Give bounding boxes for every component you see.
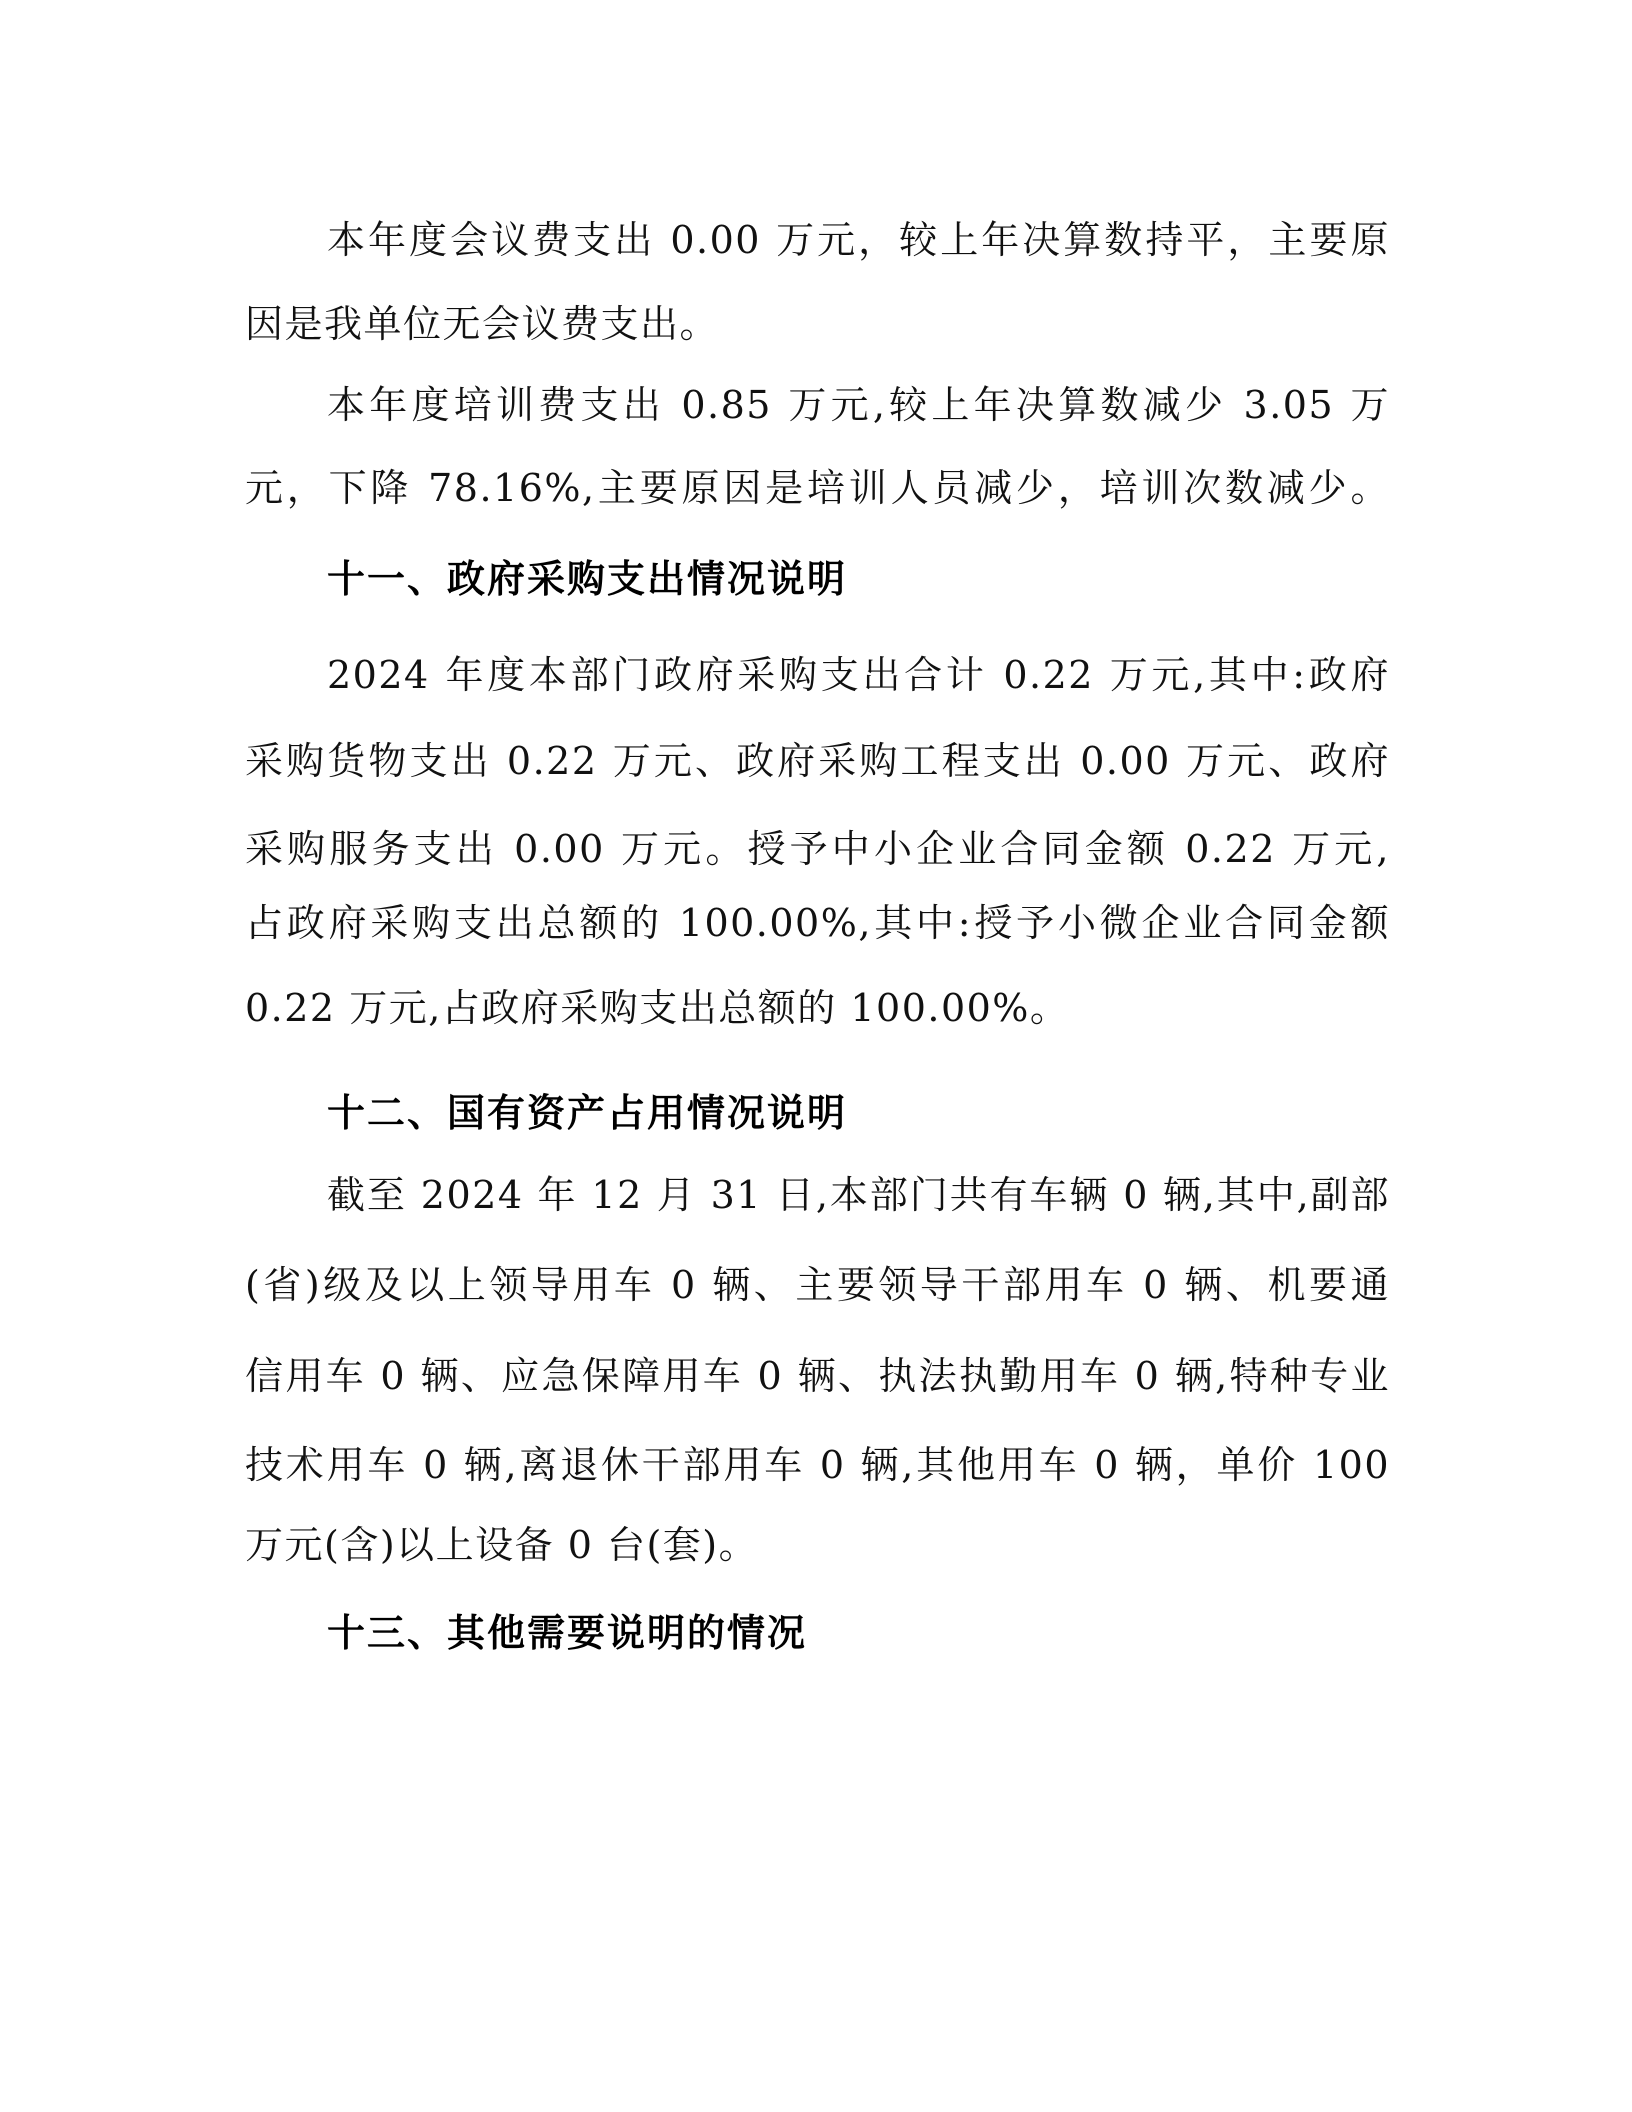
paragraph-vehicles-line-1: 截至 2024 年 12 月 31 日,本部门共有车辆 0 辆,其中,副部 <box>327 1170 1390 1220</box>
paragraph-procurement-line-4: 占政府采购支出总额的 100.00%,其中:授予小微企业合同金额 <box>245 898 1390 948</box>
section-heading-other-matters: 十三、其他需要说明的情况 <box>327 1608 1390 1658</box>
paragraph-training-fee-line-1: 本年度培训费支出 0.85 万元,较上年决算数减少 3.05 万 <box>327 380 1390 430</box>
paragraph-procurement-line-3: 采购服务支出 0.00 万元。授予中小企业合同金额 0.22 万元, <box>245 824 1390 874</box>
paragraph-vehicles-line-3: 信用车 0 辆、应急保障用车 0 辆、执法执勤用车 0 辆,特种专业 <box>245 1351 1390 1401</box>
paragraph-procurement-line-5: 0.22 万元,占政府采购支出总额的 100.00%。 <box>245 983 1390 1033</box>
paragraph-procurement-line-1: 2024 年度本部门政府采购支出合计 0.22 万元,其中:政府 <box>327 650 1390 700</box>
paragraph-vehicles-line-5: 万元(含)以上设备 0 台(套)。 <box>245 1520 1390 1570</box>
paragraph-vehicles-line-2: (省)级及以上领导用车 0 辆、主要领导干部用车 0 辆、机要通 <box>245 1260 1390 1310</box>
paragraph-procurement-line-2: 采购货物支出 0.22 万元、政府采购工程支出 0.00 万元、政府 <box>245 736 1390 786</box>
paragraph-meeting-fee-line-1: 本年度会议费支出 0.00 万元，较上年决算数持平，主要原 <box>327 215 1390 265</box>
paragraph-meeting-fee-line-2: 因是我单位无会议费支出。 <box>245 299 1390 349</box>
section-heading-state-assets: 十二、国有资产占用情况说明 <box>327 1088 1390 1138</box>
section-heading-government-procurement: 十一、政府采购支出情况说明 <box>327 554 1390 604</box>
document-page: 本年度会议费支出 0.00 万元，较上年决算数持平，主要原 因是我单位无会议费支… <box>0 0 1632 2112</box>
paragraph-vehicles-line-4: 技术用车 0 辆,离退休干部用车 0 辆,其他用车 0 辆，单价 100 <box>245 1440 1390 1490</box>
paragraph-training-fee-line-2: 元，下降 78.16%,主要原因是培训人员减少，培训次数减少。 <box>245 463 1390 513</box>
